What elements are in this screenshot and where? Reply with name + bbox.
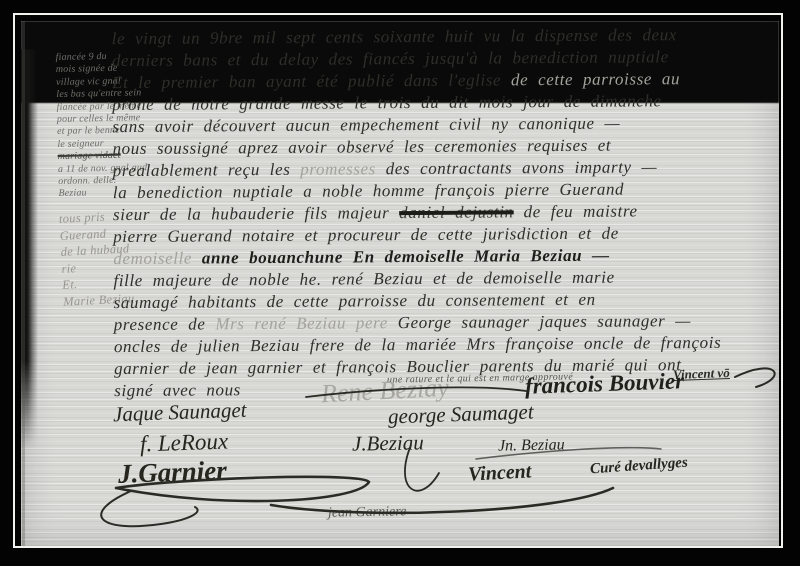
act-text-segment: Et le premier ban ayant été publié dans … xyxy=(112,70,511,92)
act-text-segment: pierre Guerand notaire et procureur de c… xyxy=(113,224,619,247)
act-text-segment: George saunager jaques saunager — xyxy=(398,311,691,332)
signature-francois-bouvier: francois Bouvier xyxy=(525,368,685,400)
signature-jaque-saunaget: Jaque Saunaget xyxy=(113,398,247,428)
act-text-segment: oncles de julien Beziau frere de la mari… xyxy=(114,333,721,356)
act-text-segment: signé avec nous xyxy=(114,380,241,400)
act-text-segment: sans avoir découvert aucun empechement c… xyxy=(112,114,620,137)
act-text-segment: presence de xyxy=(114,314,216,334)
act-text-segment: derniers bans et du delay des fiancés ju… xyxy=(112,47,669,70)
act-text-segment-pale: Mrs rené Beziau pere xyxy=(215,313,398,333)
act-text-segment-bold: anne bouanchune En demoiselle Maria Bezi… xyxy=(202,246,610,268)
act-text-segment-pale: promesses xyxy=(300,159,386,179)
signature-george-saumaget: george Saumaget xyxy=(388,399,534,429)
signature-j-beziau: J.Beziau xyxy=(352,430,424,456)
act-text-segment: prone de notre grande messe le trois du … xyxy=(112,91,662,114)
act-text-segment: la benediction nuptiale a noble homme fr… xyxy=(113,180,624,203)
act-text-segment: sieur de la hubauderie fils majeur xyxy=(113,203,399,224)
act-text-segment: fille majeure de noble he. rené Beziau e… xyxy=(113,268,614,290)
act-body-text: le vingt un 9bre mil sept cents soixante… xyxy=(112,25,722,403)
signature-vincent: Vincent xyxy=(467,460,531,486)
binding-crease-line xyxy=(22,21,25,546)
act-text-segment: nous soussigné aprez avoir observé les c… xyxy=(112,136,611,158)
signature-jean-garnier: jean Garniere xyxy=(328,504,407,521)
screenshot-root: { "page": { "kind": "scanned parish regi… xyxy=(0,0,800,566)
act-text-segment: de feu maistre xyxy=(514,201,638,221)
act-text-segment-strike: daniel dejustin xyxy=(399,202,514,222)
signature-f-leroux: f. LeRoux xyxy=(140,428,229,457)
act-text-segment: prealablement reçu les xyxy=(113,160,301,180)
signature-jn-beziau: Jn. Beziau xyxy=(498,436,565,455)
act-text-segment: le vingt un 9bre mil sept cents soixante… xyxy=(112,25,677,48)
signature-cure-devallyges: Curé devallyges xyxy=(590,455,689,479)
act-text-segment: saumagé habitants de cette parroisse du … xyxy=(114,290,596,312)
act-text-segment-pale: demoiselle xyxy=(113,249,202,269)
manuscript-photo: fiancée 9 dumois signée devillage vic gn… xyxy=(21,21,779,546)
act-text-segment: des contractants avons imparty — xyxy=(386,157,658,178)
act-text-segment-pale: de cette parroisse au xyxy=(511,69,680,89)
signature-j-garnier: J.Garnier xyxy=(117,455,227,490)
